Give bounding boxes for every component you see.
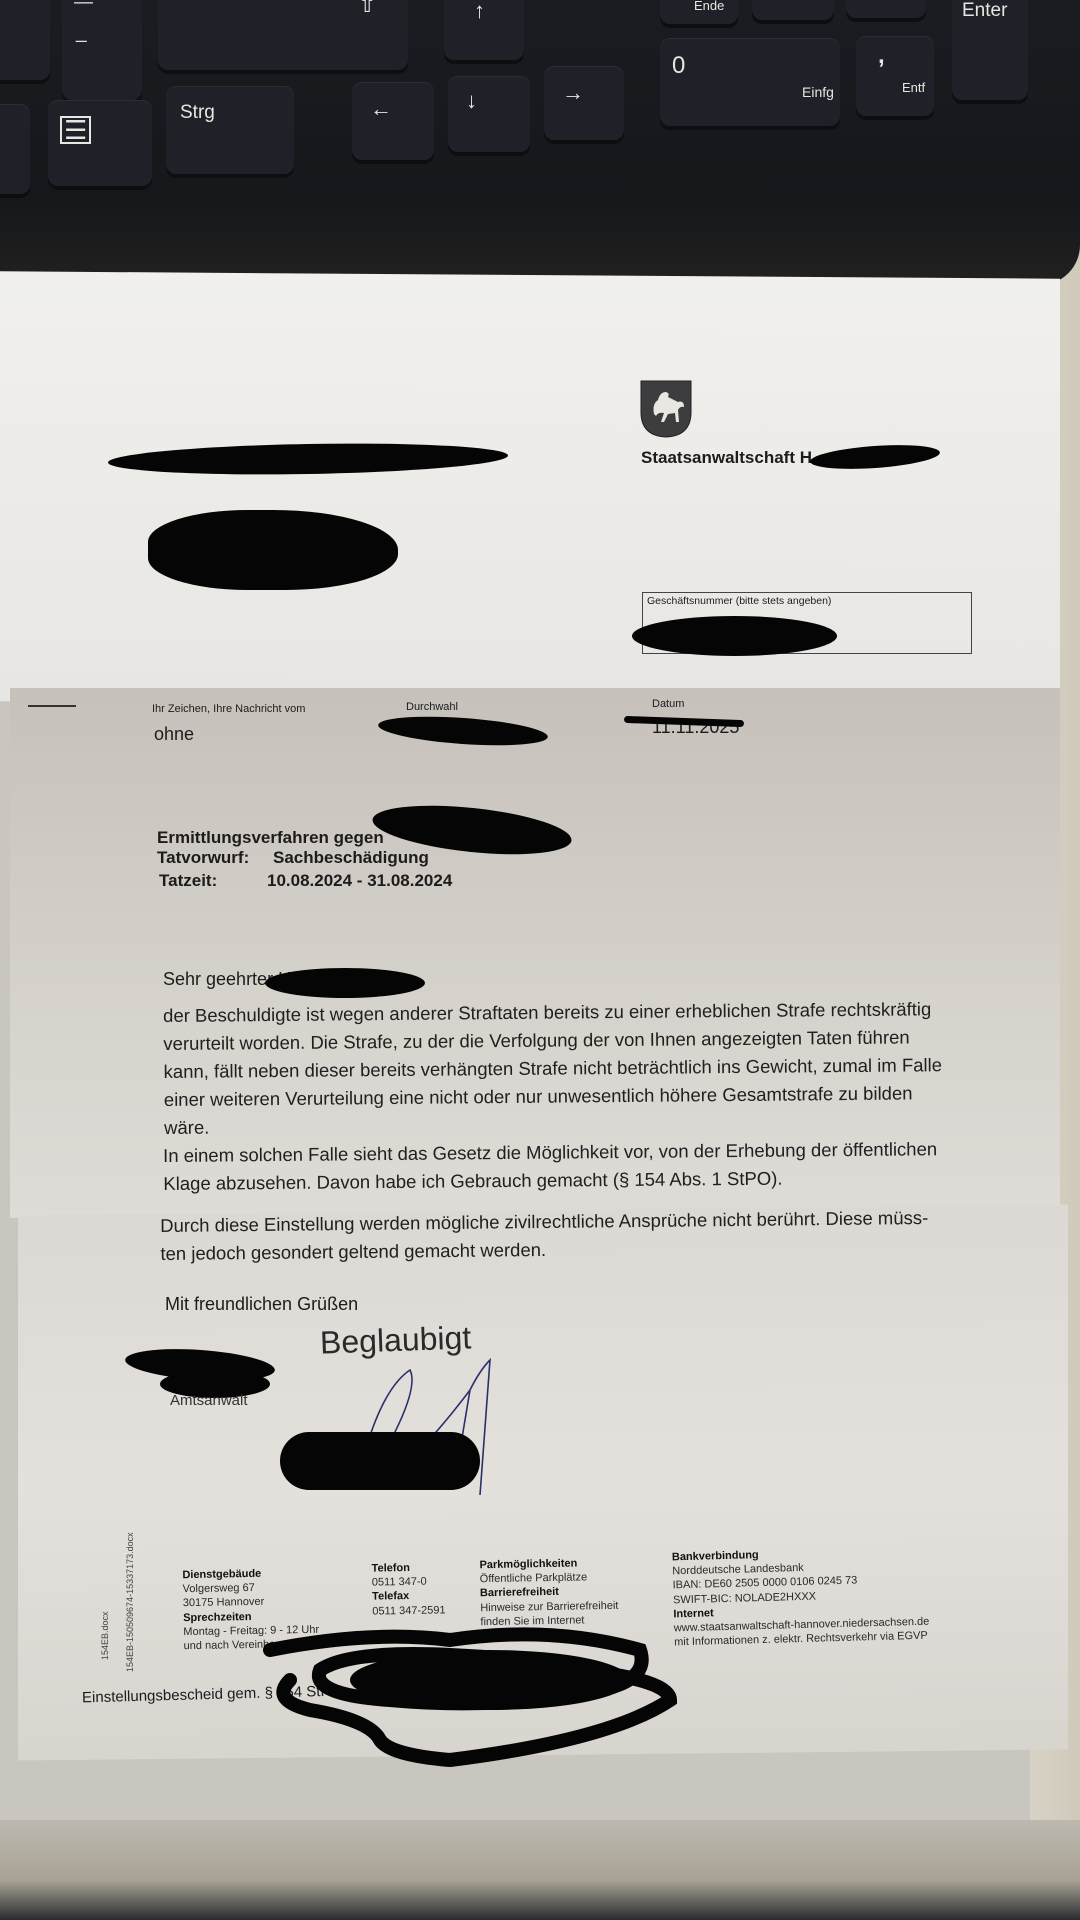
footer-fax-label: Telefax: [372, 1590, 409, 1603]
key-comma-label: ,: [878, 42, 885, 70]
offense-label: Tatvorwurf:: [157, 848, 273, 868]
footer-fax-value: 0511 347-2591: [372, 1603, 445, 1618]
footer-bank: Bankverbindung Norddeutsche Landesbank I…: [672, 1544, 930, 1650]
key-shift: ⇧: [158, 0, 408, 70]
body-paragraph-3: Durch diese Einstellung werden mögliche …: [160, 1203, 981, 1268]
offense-period-label: Tatzeit:: [159, 871, 267, 891]
key-entf-label: Entf: [902, 80, 925, 95]
key-enter-label: Enter: [962, 0, 1007, 22]
menu-icon: ☰: [60, 116, 91, 144]
case-number-label: Geschäftsnummer (bitte stets angeben): [647, 595, 831, 607]
arrow-up-icon: ↑: [474, 0, 485, 24]
key-arrow-up: ↑: [444, 0, 524, 60]
your-reference-label: Ihr Zeichen, Ihre Nachricht vom: [152, 703, 305, 715]
redaction-scribble-footer: [250, 1620, 690, 1770]
footer-phone-label: Telefon: [372, 1562, 411, 1575]
signer-title: Amtsanwalt: [170, 1392, 248, 1409]
footer-bank-label: Bankverbindung: [672, 1549, 759, 1563]
keyboard: — _ ⇧ ↑ Ende Enter 0 Einfg , Entf ☰ Strg…: [0, 0, 1080, 285]
key-zero-einfg: 0 Einfg: [660, 38, 840, 126]
key-einfg-label: Einfg: [802, 84, 834, 100]
key-enter: Enter: [952, 0, 1028, 100]
redaction-signature-name: [280, 1432, 480, 1490]
key-zero-label: 0: [672, 52, 685, 80]
arrow-down-icon: ↓: [466, 88, 477, 114]
key-left-edge: [0, 0, 50, 80]
shift-icon: ⇧: [358, 0, 376, 18]
fold-mark: [28, 705, 76, 707]
footer-accessibility-value-1: Hinweise zur Barrierefreiheit: [480, 1598, 618, 1615]
footer-accessibility-label: Barrierefreiheit: [480, 1586, 559, 1599]
redaction-recipient-address: [148, 510, 398, 590]
offense-value: Sachbeschädigung: [273, 848, 429, 867]
footer-parking-label: Parkmöglichkeiten: [479, 1558, 577, 1572]
lower-saxony-coat-of-arms-icon: [640, 380, 692, 438]
key-strg: Strg: [166, 86, 294, 174]
offense-row: Tatvorwurf:Sachbeschädigung: [157, 848, 429, 868]
key-menu: ☰: [48, 100, 152, 186]
key-arrow-down: ↓: [448, 76, 530, 152]
floor-background: [0, 1820, 1080, 1920]
footer-building-label: Dienstgebäude: [182, 1568, 261, 1581]
footer-hours-label: Sprechzeiten: [183, 1611, 252, 1624]
key-arrow-right: →: [544, 66, 624, 140]
side-code-short: 154EB.docx: [100, 1611, 110, 1660]
your-reference-value: ohne: [154, 724, 194, 745]
key-ende-label: Ende: [694, 0, 724, 13]
key-minus: — _: [62, 0, 142, 100]
offense-period-value: 10.08.2024 - 31.08.2024: [267, 871, 452, 890]
body-paragraph-1: der Beschuldigte ist wegen anderer Straf…: [163, 995, 964, 1142]
key-strg-label: Strg: [180, 102, 215, 124]
date-label: Datum: [652, 698, 684, 710]
key-arrow-left: ←: [352, 82, 434, 160]
key-left-edge-2: [0, 104, 30, 194]
extension-label: Durchwahl: [406, 701, 458, 713]
side-code-long: 154EB-150509674-15337173.docx: [125, 1532, 135, 1672]
closing: Mit freundlichen Grüßen: [165, 1294, 358, 1315]
arrow-left-icon: ←: [370, 96, 392, 122]
redaction-recipient-name: [265, 968, 425, 998]
footer-internet-label: Internet: [673, 1607, 714, 1620]
redaction-case-number: [632, 616, 837, 656]
subject-proceedings-text: Ermittlungsverfahren gegen: [157, 828, 384, 847]
body-paragraph-2: In einem solchen Falle sieht das Gesetz …: [163, 1135, 963, 1198]
footer-parking: Parkmöglichkeiten Öffentliche Parkplätze…: [479, 1556, 618, 1629]
key-ende: Ende: [660, 0, 738, 24]
offense-period-row: Tatzeit:10.08.2024 - 31.08.2024: [159, 871, 452, 891]
key-minus-bottom-label: _: [76, 22, 87, 44]
footer-phone-value: 0511 347-0: [372, 1575, 445, 1590]
key-blank-1: [752, 0, 834, 20]
key-blank-2: [846, 0, 926, 18]
authority-name: Staatsanwaltschaft H: [641, 448, 812, 468]
footer-phone: Telefon 0511 347-0 Telefax 0511 347-2591: [372, 1560, 446, 1618]
arrow-right-icon: →: [562, 80, 584, 106]
key-minus-top-label: —: [74, 0, 93, 14]
key-comma-entf: , Entf: [856, 36, 934, 116]
